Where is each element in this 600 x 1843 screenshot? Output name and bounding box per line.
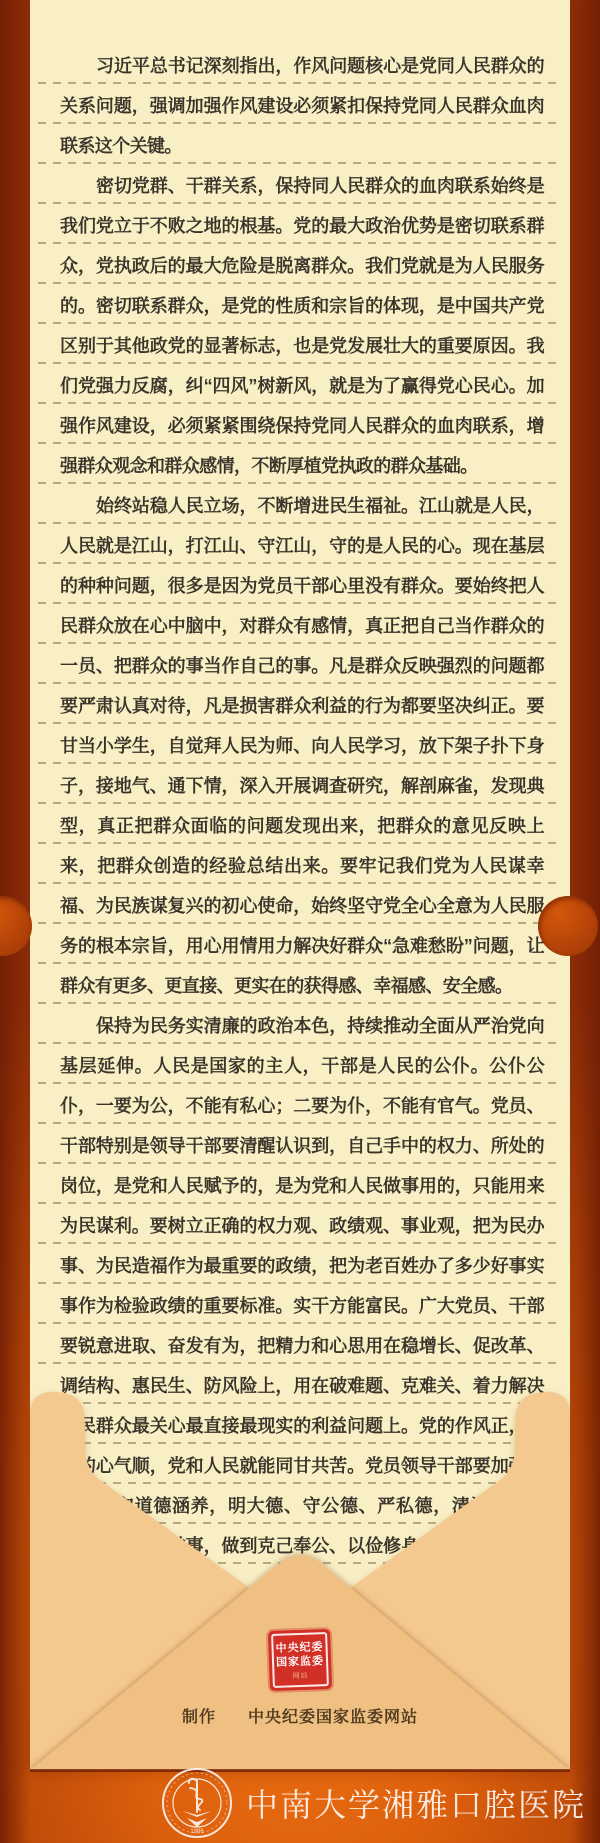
paragraph-2: 密切党群、干群关系，保持同人民群众的血肉联系始终是我们党立于不败之地的根基。党的… [60, 166, 544, 486]
logo-year: 1986 [190, 1829, 204, 1835]
poster: 习近平总书记深刻指出，作风问题核心是党同人民群众的关系问题，强调加强作风建设必须… [0, 0, 600, 1843]
right-notch [538, 896, 598, 956]
left-notch [0, 896, 32, 956]
paragraph-1: 习近平总书记深刻指出，作风问题核心是党同人民群众的关系问题，强调加强作风建设必须… [60, 46, 544, 166]
seal-stamp: 中央纪委 国家监委 网站 [268, 1629, 332, 1691]
paragraph-3: 始终站稳人民立场，不断增进民生福祉。江山就是人民，人民就是江山，打江山、守江山，… [60, 486, 544, 1006]
seal-line3: 网站 [292, 1671, 308, 1680]
letter-text: 习近平总书记深刻指出，作风问题核心是党同人民群众的关系问题，强调加强作风建设必须… [60, 0, 544, 1606]
watermark: 1986 中南大学湘雅口腔医院 [160, 1766, 586, 1840]
credit-label: 制作 [182, 1704, 216, 1727]
seal-line2: 国家监委 [276, 1654, 324, 1670]
hospital-logo-icon: 1986 [160, 1766, 234, 1840]
seal-frame: 中央纪委 国家监委 网站 [271, 1632, 329, 1688]
hospital-name: 中南大学湘雅口腔医院 [246, 1780, 586, 1826]
credit-producer: 中央纪委国家监委网站 [248, 1704, 418, 1727]
credit-row: 制作 中央纪委国家监委网站 [30, 1704, 570, 1727]
